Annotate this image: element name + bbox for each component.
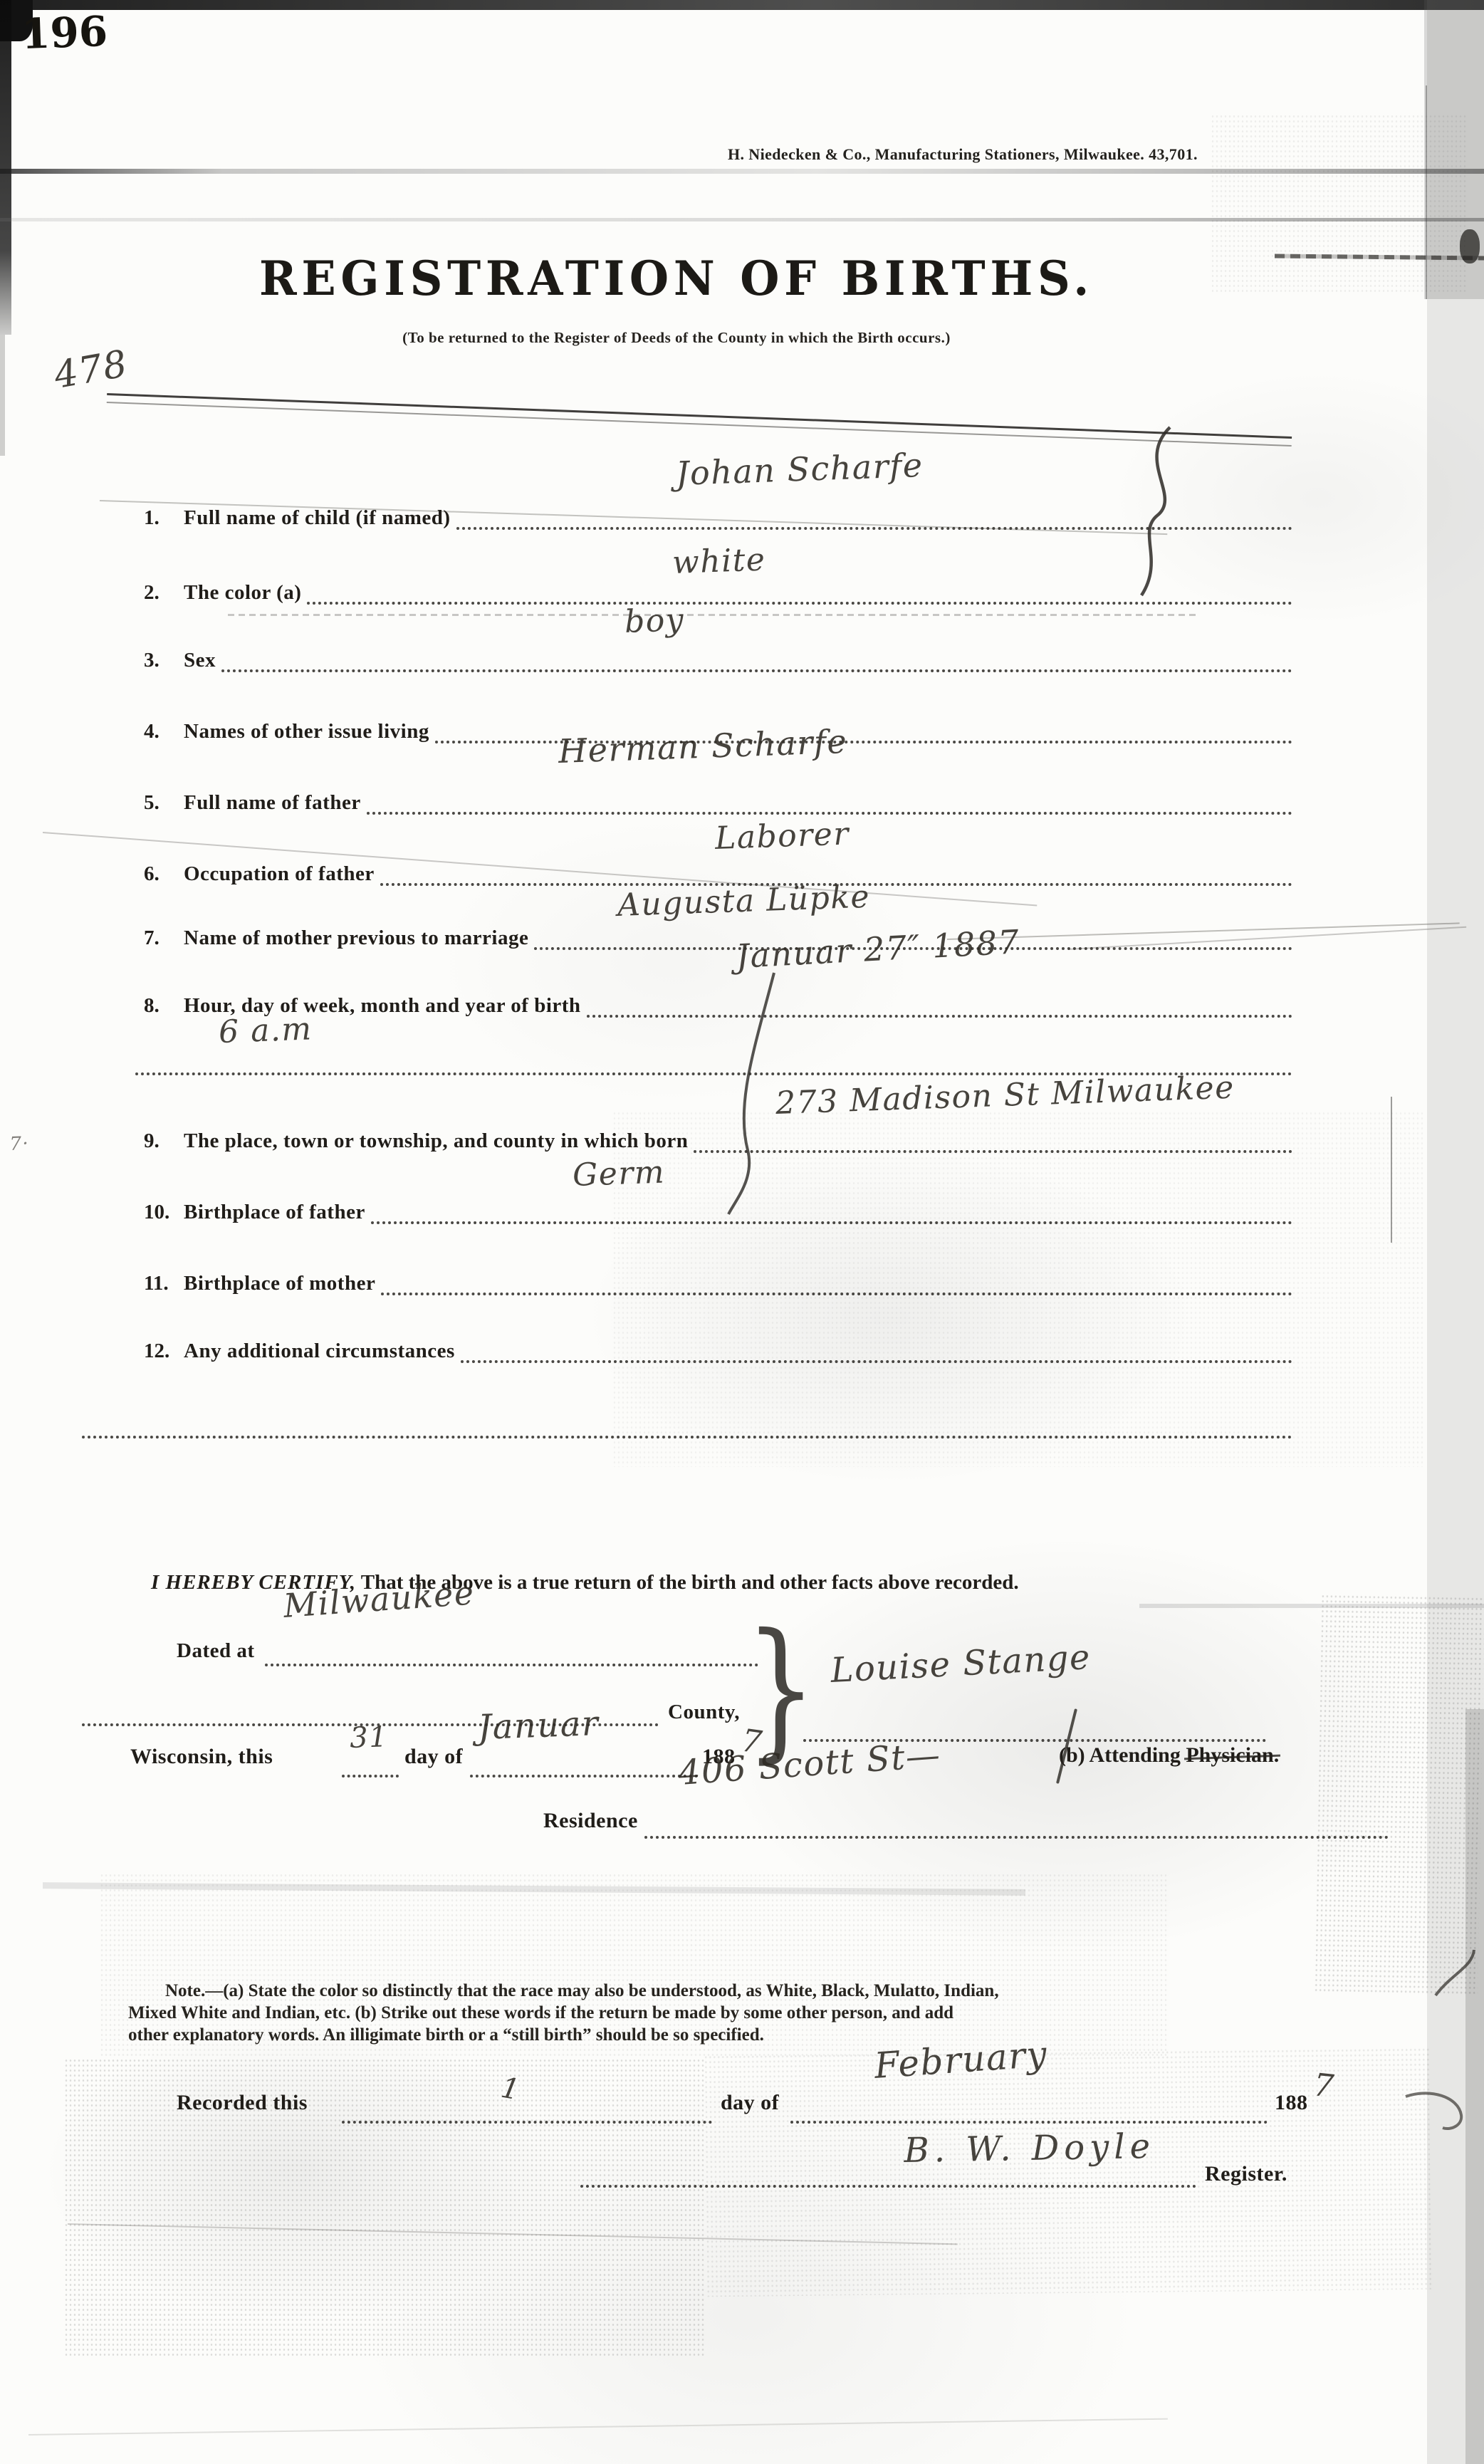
field-number: 12.: [144, 1340, 184, 1363]
field-label: Full name of child (if named): [184, 506, 456, 530]
note-line-1: Note.—(a) State the color so distinctly …: [128, 1980, 1353, 2002]
header-block: REGISTRATION OF BIRTHS. (To be returned …: [171, 251, 1182, 347]
handwritten-child-name: Johan Scharfe: [675, 446, 924, 493]
form-field-row: 11. Birthplace of mother: [144, 1263, 1292, 1295]
attending-prefix: (b) Attending: [1059, 1743, 1186, 1767]
handwritten-record-number: 478: [51, 343, 132, 397]
form-field-row: 12. Any additional circumstances: [144, 1330, 1292, 1363]
dotted-line: [694, 1146, 1292, 1153]
scan-right-band-bottom: [1465, 1709, 1484, 2464]
handwritten-color: white: [672, 541, 766, 581]
pen-flourish-1: [1430, 1946, 1480, 2003]
recorded-year-printed: 188: [1275, 2091, 1308, 2115]
state-line-prefix: Wisconsin, this: [130, 1745, 273, 1769]
page-number: 196: [21, 7, 108, 58]
recorded-prefix: Recorded this: [177, 2091, 308, 2115]
dotted-line-residence: [644, 1812, 1389, 1839]
handwritten-residence: 406 Scott St—: [677, 1735, 942, 1793]
dotted-line-continuation: [135, 1048, 1292, 1075]
ink-blob-right: [1460, 229, 1480, 263]
field-number: 2.: [144, 581, 184, 605]
handwritten-birth-place: 273 Madison St Milwaukee: [775, 1070, 1235, 1122]
certify-statement: I HEREBY CERTIFY, That the above is a tr…: [151, 1571, 1019, 1594]
field-number: 6.: [144, 862, 184, 886]
county-label: County,: [668, 1701, 740, 1724]
scan-left-edge: [0, 0, 11, 335]
dated-at-label: Dated at: [177, 1639, 255, 1663]
scan-left-edge-fade: [0, 335, 5, 456]
day-of-label: day of: [404, 1745, 463, 1769]
dotted-line-month: [470, 1750, 698, 1777]
note-line-3: other explanatory words. An illigimate b…: [128, 2024, 1353, 2046]
handwritten-sex: boy: [624, 602, 685, 640]
margin-mark: 7·: [9, 1133, 30, 1155]
handwritten-father-occupation: Laborer: [714, 815, 850, 857]
handwritten-month: Januar: [477, 1703, 600, 1748]
scan-right-vertical-line-2: [1391, 1097, 1392, 1243]
field-label: Birthplace of mother: [184, 1272, 381, 1295]
field-number: 8.: [144, 994, 184, 1018]
field-label: Names of other issue living: [184, 720, 435, 743]
residence-label: Residence: [543, 1809, 638, 1833]
field-number: 1.: [144, 506, 184, 530]
attending-struck-word: Physician.: [1186, 1743, 1279, 1767]
dotted-line: [461, 1356, 1292, 1363]
scan-streak-1: [0, 169, 1484, 174]
handwritten-day: 31: [349, 1721, 388, 1755]
dotted-line-extra: [82, 1411, 1292, 1439]
scan-streak-5: [43, 1882, 1025, 1896]
form-field-row: 8. Hour, day of week, month and year of …: [144, 985, 1292, 1018]
field-number: 3.: [144, 649, 184, 672]
field-label: Full name of father: [184, 791, 367, 815]
register-label: Register.: [1205, 2162, 1287, 2186]
field-label: The place, town or township, and county …: [184, 1129, 694, 1153]
scan-streak-2: [0, 218, 1484, 221]
field-number: 5.: [144, 791, 184, 815]
attending-physician-label: (b) Attending Physician.: [1059, 1743, 1279, 1768]
form-field-row: 9. The place, town or township, and coun…: [144, 1120, 1292, 1153]
dotted-line-dated-at: [265, 1639, 758, 1666]
form-field-row: 3. Sex: [144, 640, 1292, 672]
dotted-line: [367, 808, 1292, 815]
field-label: Occupation of father: [184, 862, 380, 886]
handwritten-attendant-signature: Louise Stange: [830, 1637, 1092, 1691]
recorded-day-of-label: day of: [721, 2091, 779, 2115]
pen-flourish-2: [1401, 2087, 1465, 2136]
scanned-birth-registration-document: 196 H. Niedecken & Co., Manufacturing St…: [0, 0, 1484, 2464]
handwritten-birth-hour: 6 a.m: [218, 1011, 313, 1050]
bottom-diagonal-line-1: [68, 2223, 958, 2245]
page-subtitle: (To be returned to the Register of Deeds…: [171, 329, 1182, 347]
handwritten-recorded-year-digit: 7: [1312, 2067, 1337, 2105]
scan-top-edge: [0, 0, 1484, 10]
field-number: 10.: [144, 1201, 184, 1224]
field-label: Any additional circumstances: [184, 1340, 461, 1363]
field-label: The color (a): [184, 581, 307, 605]
scan-right-vertical-line: [1426, 85, 1427, 299]
dotted-line: [307, 597, 1292, 605]
field-number: 4.: [144, 720, 184, 743]
field-number: 11.: [144, 1272, 184, 1295]
handwritten-register-signature: B. W. Doyle: [904, 2126, 1155, 2171]
field-label: Name of mother previous to marriage: [184, 926, 534, 950]
form-field-row: 5. Full name of father: [144, 782, 1292, 815]
faint-dash-streak: [228, 614, 1196, 616]
field-label: Birthplace of father: [184, 1201, 371, 1224]
dotted-line-recorded-day: [342, 2097, 712, 2124]
dotted-line: [587, 1011, 1292, 1018]
note-line-2: Mixed White and Indian, etc. (b) Strike …: [128, 2002, 1353, 2024]
field-number: 9.: [144, 1129, 184, 1153]
handwritten-father-birthplace: Germ: [572, 1154, 666, 1194]
field-number: 7.: [144, 926, 184, 950]
dotted-line: [371, 1217, 1292, 1224]
dotted-line: [381, 1288, 1292, 1295]
field-label: Sex: [184, 649, 221, 672]
stationer-imprint: H. Niedecken & Co., Manufacturing Statio…: [728, 145, 1198, 164]
form-field-row: 10. Birthplace of father: [144, 1191, 1292, 1224]
dotted-line: [221, 665, 1292, 672]
bottom-diagonal-line-2: [28, 2418, 1168, 2436]
scan-streak-4: [1139, 1604, 1484, 1608]
dotted-line-signature: [803, 1715, 1266, 1742]
dotted-line-recorded-month: [790, 2097, 1268, 2124]
dotted-line-day: [342, 1750, 399, 1777]
page-title: REGISTRATION OF BIRTHS.: [191, 251, 1161, 306]
note-block: Note.—(a) State the color so distinctly …: [128, 1980, 1353, 2046]
